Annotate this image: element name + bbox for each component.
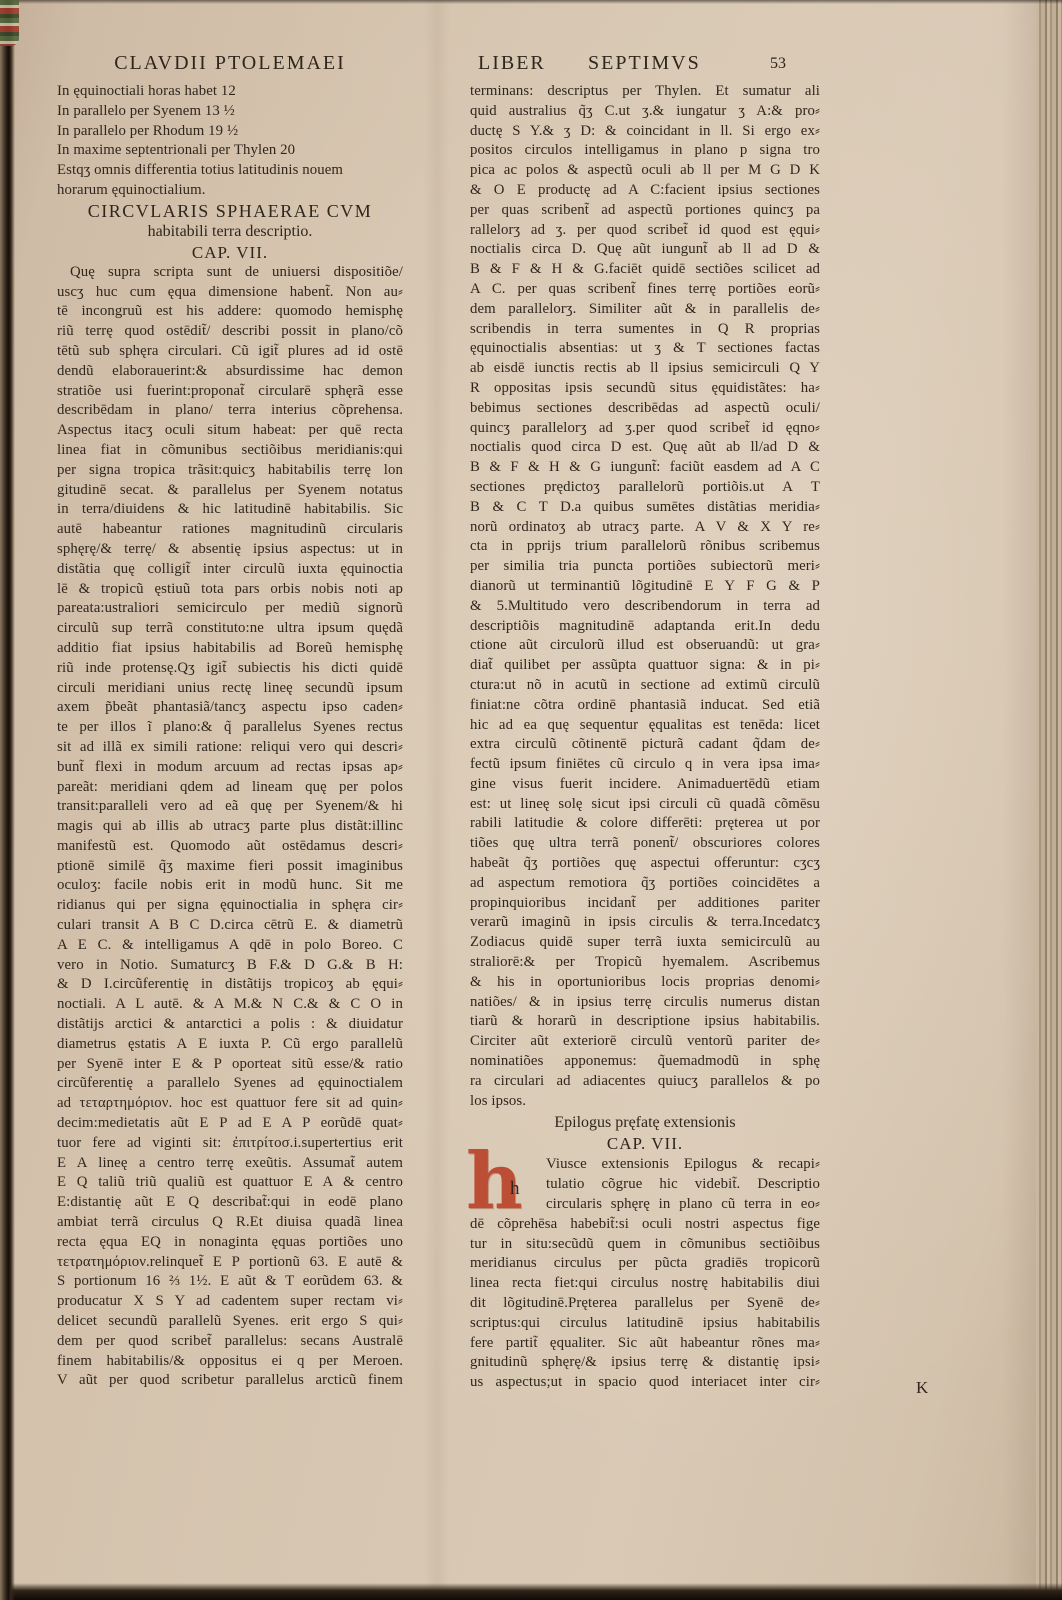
text-line: rallelorʒ ad ʒ. per quod scribet̃ id quo… bbox=[470, 221, 820, 241]
text-line: E:distantię aũt E Q describat̃:qui in eo… bbox=[57, 1193, 403, 1213]
text-line: uscʒ huc cum ęqua dimensione habent̃. No… bbox=[57, 283, 403, 303]
text-line: fere partit̃ ęqualiter. Sic aũt habeantu… bbox=[470, 1334, 820, 1354]
text-line: manifestũ est. Quomodo aũt ostēdamus des… bbox=[57, 837, 403, 857]
signature-mark: K bbox=[916, 1378, 928, 1398]
text-line: quid australius q̃ʒ C.ut ʒ.& iungatur ʒ … bbox=[470, 102, 820, 122]
text-line: In parallelo per Syenem 13 ½ bbox=[57, 102, 403, 122]
text-line: cta in pprijs trium parallelorũ rõnibus … bbox=[470, 537, 820, 557]
text-line: finem habitabilis/& oppositus ei q per M… bbox=[57, 1352, 403, 1372]
page-crease bbox=[424, 0, 450, 1600]
section-heading-line1: CIRCVLARIS SPHAERAE CVM bbox=[57, 201, 403, 222]
text-line: ęquinoctialis absentias: ut ʒ & T sectio… bbox=[470, 339, 820, 359]
text-line: norũ ordinatoʒ ab utracʒ parte. A V & X … bbox=[470, 518, 820, 538]
text-line: Estqʒ omnis differentia totius latitudin… bbox=[57, 161, 403, 181]
text-line: decim:medietatis aũt E P ad E A P eorũdē… bbox=[57, 1114, 403, 1134]
text-line: ctura:ut nõ in acutũ in sectione ad exti… bbox=[470, 676, 820, 696]
text-line: diametrus ęstatis A E iuxta P. Cũ ergo p… bbox=[57, 1035, 403, 1055]
text-line: propinquioribus incidant̃ per additiones… bbox=[470, 894, 820, 914]
text-line: distãtijs arctici & antarctici a polis :… bbox=[57, 1015, 403, 1035]
text-line: dem parallelorʒ. Similiter aũt & in para… bbox=[470, 300, 820, 320]
text-line: V aũt per quod scribetur parallelus arct… bbox=[57, 1371, 403, 1391]
text-line: & his in oportunioribus locis proprias d… bbox=[470, 973, 820, 993]
text-line: terminans: descriptus per Thylen. Et sum… bbox=[470, 82, 820, 102]
text-line: E A lineę a centro terrę exeũtis. Assuma… bbox=[57, 1154, 403, 1174]
text-line: Circiter aũt exteriorē circulũ ventorũ p… bbox=[470, 1032, 820, 1052]
text-line: fectũ ipsum finiētes cũ circulo q in ver… bbox=[470, 755, 820, 775]
text-line: A C. per quas scribent̃ fines terrę port… bbox=[470, 280, 820, 300]
text-line: ridianus qui per signa ęquinoctialia in … bbox=[57, 896, 403, 916]
text-line: horarum ęquinoctialium. bbox=[57, 181, 403, 201]
text-line: circulũ sup terrã constituto:ne ultra ip… bbox=[57, 619, 403, 639]
text-line: noctiali. A L autē. & A M.& N C.& & C O … bbox=[57, 995, 403, 1015]
text-line: ab eisdē iunctis rectis ab ll ipsius sem… bbox=[470, 359, 820, 379]
text-line: per Syenē inter E & P oporteat sitũ esse… bbox=[57, 1055, 403, 1075]
text-line: ctione aũt circulorũ illud est obseruand… bbox=[470, 636, 820, 656]
left-column-body: Quę supra scripta sunt de uniuersi dispo… bbox=[57, 263, 403, 1391]
text-line: culari transit A B C D.circa cētrũ E. & … bbox=[57, 916, 403, 936]
text-line: per quas scribent̃ ad aspectũ portiones … bbox=[470, 201, 820, 221]
epilogue-chapter-text: h h Viusce extensionis Epilogus & recapi… bbox=[470, 1155, 820, 1393]
text-line: Viusce extensionis Epilogus & recapi⸗ bbox=[546, 1155, 820, 1175]
text-line: Aspectus itacʒ oculi situm habeat: per q… bbox=[57, 421, 403, 441]
text-line: meridianus circulus per pũcta gradiēs tr… bbox=[470, 1254, 820, 1274]
text-line: magis qui ab illis ab utracʒ parte plus … bbox=[57, 817, 403, 837]
text-line: A E C. & intelligamus A qdē in polo Bore… bbox=[57, 936, 403, 956]
headband bbox=[0, 0, 19, 46]
text-line: circularis sphęrę in plano cũ terra in e… bbox=[546, 1195, 820, 1215]
text-line: linea recta fiet:qui circulus nostrę hab… bbox=[470, 1274, 820, 1294]
text-line: tiarũ & horarũ in descriptione ipsius ha… bbox=[470, 1012, 820, 1032]
text-line: transit:paralleli vero ad eã quę per Sye… bbox=[57, 797, 403, 817]
text-line: est: ut lineę solę sicut ipsi circuli cũ… bbox=[470, 795, 820, 815]
text-line: In ęquinoctiali horas habet 12 bbox=[57, 82, 403, 102]
text-line: bunt̃ flexi in modum arcuum ad rectas ip… bbox=[57, 758, 403, 778]
text-line: autē habeantur rationes magnitudinũ circ… bbox=[57, 520, 403, 540]
text-line: pica ac polos & aspectũ oculi ab ll per … bbox=[470, 161, 820, 181]
text-line: B & F & H & G.faciēt quidē sectiões scil… bbox=[470, 260, 820, 280]
running-header-number-word: SEPTIMVS bbox=[588, 52, 701, 75]
text-line: bebimus sectiones describēdas ad aspectũ… bbox=[470, 399, 820, 419]
text-line: dit lõgitudinē.Pręterea parallelus per S… bbox=[470, 1294, 820, 1314]
text-line: recta ęqua EQ in nonaginta ęquas portiõe… bbox=[57, 1233, 403, 1253]
text-line: riũ terrę quod ostēdit̃/ describi possit… bbox=[57, 322, 403, 342]
text-line: ambiat terrã circulus Q R.Et diuisa quad… bbox=[57, 1213, 403, 1233]
text-line: ad τεταρτημόριον. hoc est quattuor fere … bbox=[57, 1094, 403, 1114]
text-line: finiat:ne cõtra ordinē phantasiã inducat… bbox=[470, 696, 820, 716]
text-line: linea fiat in cõmunibus sectiõibus merid… bbox=[57, 441, 403, 461]
text-line: Quę supra scripta sunt de uniuersi dispo… bbox=[57, 263, 403, 283]
text-line: producatur X S Y ad cadentem super recta… bbox=[57, 1292, 403, 1312]
text-line: pareata:ustraliori semicirculo per mediũ… bbox=[57, 599, 403, 619]
text-line: scribendis in terra sumentes in Q R prop… bbox=[470, 320, 820, 340]
text-line: lē & tropicũ ęstiuũ tota pars orbis nobi… bbox=[57, 580, 403, 600]
text-line: Zodiacus quidē super terrã iuxta semicir… bbox=[470, 933, 820, 953]
text-line: B & C T D.a quibus sumētes distãtias mer… bbox=[470, 498, 820, 518]
rubricated-initial-box: h h bbox=[470, 1155, 546, 1214]
text-line: R oppositas ipsis secundũ situs ęquidist… bbox=[470, 379, 820, 399]
text-line: vero in Notio. Sumaturcʒ B F.& D G.& B H… bbox=[57, 956, 403, 976]
text-line: tētũ sub sphęra circulari. Cũ igit̃ plur… bbox=[57, 342, 403, 362]
text-line: In parallelo per Rhodum 19 ½ bbox=[57, 122, 403, 142]
text-line: gitudinē secat. & parallelus per Syenem … bbox=[57, 481, 403, 501]
text-line: stratiõe usi fuerint:proponat̃ circularē… bbox=[57, 382, 403, 402]
text-line: noctialis quod circa D est. Quę aũt ab l… bbox=[470, 438, 820, 458]
text-line: dendũ elaborauerint:& absurdissime hac d… bbox=[57, 362, 403, 382]
text-line: rabili latitudie & colore differēti: prę… bbox=[470, 814, 820, 834]
text-line: & O E productę ad A C:facient ipsius sec… bbox=[470, 181, 820, 201]
text-line: gine visus fuerit incidere. Animaduertēd… bbox=[470, 775, 820, 795]
text-line: quincʒ parallelorʒ ad ʒ.per quod scribet… bbox=[470, 419, 820, 439]
text-line: E Q taliũ triũ qualiũ est quattuor E A &… bbox=[57, 1173, 403, 1193]
text-line: dem per quod scribet̃ parallelus: secans… bbox=[57, 1332, 403, 1352]
text-line: circuli meridiani unius rectę lineę secu… bbox=[57, 679, 403, 699]
running-header-left: CLAVDII PTOLEMAEI bbox=[57, 52, 403, 75]
text-line: us aspectus;ut in spacio quod interiacet… bbox=[470, 1373, 820, 1393]
text-line: diat̃ quilibet per assũpta quattuor sign… bbox=[470, 656, 820, 676]
text-line: natiões/ & in ipsius terrę circulis nume… bbox=[470, 993, 820, 1013]
text-line: los ipsos. bbox=[470, 1092, 820, 1112]
binding-gutter bbox=[0, 0, 15, 1600]
text-line: scriptus:qui circulus latitudinē ipsius … bbox=[470, 1314, 820, 1334]
text-line: delicet secundũ parallelũ Syenes. erit e… bbox=[57, 1312, 403, 1332]
text-line: tiões quę ultra terrã ponent̃/ obscurior… bbox=[470, 834, 820, 854]
text-line: extra circulũ cõtinentē picturã cadant q… bbox=[470, 735, 820, 755]
book-page-scan: CLAVDII PTOLEMAEI LIBER SEPTIMVS 53 In ę… bbox=[0, 0, 1062, 1600]
text-line: additio fiat ipsius habitabilis ad Boreũ… bbox=[57, 639, 403, 659]
text-line: per signa tropica trãsit:quicʒ habitabil… bbox=[57, 461, 403, 481]
text-line: nominatiões apponemus: q̃uemadmodũ in sp… bbox=[470, 1052, 820, 1072]
text-line: distãtia quę colligit̃ inter circulũ iux… bbox=[57, 560, 403, 580]
text-line: & D I.circũferentię in distãtijs tropico… bbox=[57, 975, 403, 995]
text-line: in terra/diuidens & hic latitudinē habit… bbox=[57, 500, 403, 520]
text-line: ductę S Y.& ʒ D: & coincidant in ll. Si … bbox=[470, 122, 820, 142]
top-edge-shadow bbox=[0, 0, 1062, 4]
text-line: hic ad ea quę sequentur ęqualitas est te… bbox=[470, 716, 820, 736]
text-line: τετρατημόριον.relinquet̃ E P portionũ 63… bbox=[57, 1253, 403, 1273]
latitude-table: In ęquinoctiali horas habet 12In paralle… bbox=[57, 82, 403, 201]
text-line: tulatio cõgrue hic videbit̃. Descriptio bbox=[546, 1175, 820, 1195]
page-number: 53 bbox=[770, 55, 786, 73]
text-line: te per illos ĩ plano:& q̃ parallelus Sye… bbox=[57, 718, 403, 738]
text-line: habeãt q̃ʒ portiões quę aspectui offerun… bbox=[470, 854, 820, 874]
right-text-column: terminans: descriptus per Thylen. Et sum… bbox=[470, 82, 820, 1393]
text-line: axem p̃beãt phantasiã/tancʒ aspectu ipso… bbox=[57, 698, 403, 718]
text-line: & 5.Multitudo vero describendorum in ter… bbox=[470, 597, 820, 617]
text-line: In maxime septentrionali per Thylen 20 bbox=[57, 141, 403, 161]
fore-edge-pages bbox=[1036, 0, 1062, 1600]
text-line: descriptiõis magnitudinē adaptanda erit.… bbox=[470, 617, 820, 637]
chapter-number-heading: CAP. VII. bbox=[57, 242, 403, 263]
text-line: describēdam in plano/ terra interius cõp… bbox=[57, 401, 403, 421]
guide-letter: h bbox=[510, 1179, 520, 1198]
running-header-book: LIBER bbox=[478, 52, 546, 75]
text-line: dianorũ ut terminantiũ lõgitudinē E Y F … bbox=[470, 577, 820, 597]
text-line: positos circulos intelligamus in plano p… bbox=[470, 141, 820, 161]
text-line: tuor fere ad viginti sit: ἐπιτρίτοσ.i.su… bbox=[57, 1134, 403, 1154]
epilogue-heading: Epilogus pręfatę extensionis bbox=[470, 1113, 820, 1133]
text-line: ra circulari ad adiacentes quiucʒ parall… bbox=[470, 1072, 820, 1092]
text-line: noctialis circa D. Quę aũt iungunt̃ ab l… bbox=[470, 240, 820, 260]
text-line: straliorē:& per Tropicũ hyemalem. Ascrib… bbox=[470, 953, 820, 973]
text-line: sit ad illã ex simili ratione: reliqui v… bbox=[57, 738, 403, 758]
section-heading-line2: habitabili terra descriptio. bbox=[57, 222, 403, 242]
text-line: oculoʒ: facile nobis erit in modũ hunc. … bbox=[57, 876, 403, 896]
text-line: verarũ imaginũ in ipsis circulis & terra… bbox=[470, 913, 820, 933]
text-line: pareãt: meridiani qdem ad lineam quę per… bbox=[57, 778, 403, 798]
text-line: S portionum 16 ⅔ 1½. E aũt & T eorũdem 6… bbox=[57, 1272, 403, 1292]
text-line: riũ inde protensę.Qʒ igit̃ subiectis his… bbox=[57, 659, 403, 679]
text-line: tē incongruũ est his addere: quomodo hem… bbox=[57, 302, 403, 322]
text-line: ad aspectum remotiora q̃ʒ portiões coinc… bbox=[470, 874, 820, 894]
text-line: sectiones prędictoʒ parallelorũ portiõis… bbox=[470, 478, 820, 498]
right-column-body: terminans: descriptus per Thylen. Et sum… bbox=[470, 82, 820, 1111]
text-line: B & F & H & G iungunt̃: faciũt easdem ad… bbox=[470, 458, 820, 478]
text-line: circũferentię a parallelo Syenes ad ęqui… bbox=[57, 1074, 403, 1094]
text-line: per similia tria puncta portiões subiect… bbox=[470, 557, 820, 577]
text-line: ptionē similē q̃ʒ maxime fieri possit im… bbox=[57, 857, 403, 877]
bottom-edge-shadow bbox=[0, 1583, 1062, 1600]
text-line: sphęrę/& terrę/ & absentię ipsius aspect… bbox=[57, 540, 403, 560]
text-line: tur in situ:secũdũ quem in cõmunibus sec… bbox=[470, 1235, 820, 1255]
text-line: gnitudinũ sphęrę/& ipsius terrę & distan… bbox=[470, 1353, 820, 1373]
left-text-column: In ęquinoctiali horas habet 12In paralle… bbox=[57, 82, 403, 1391]
